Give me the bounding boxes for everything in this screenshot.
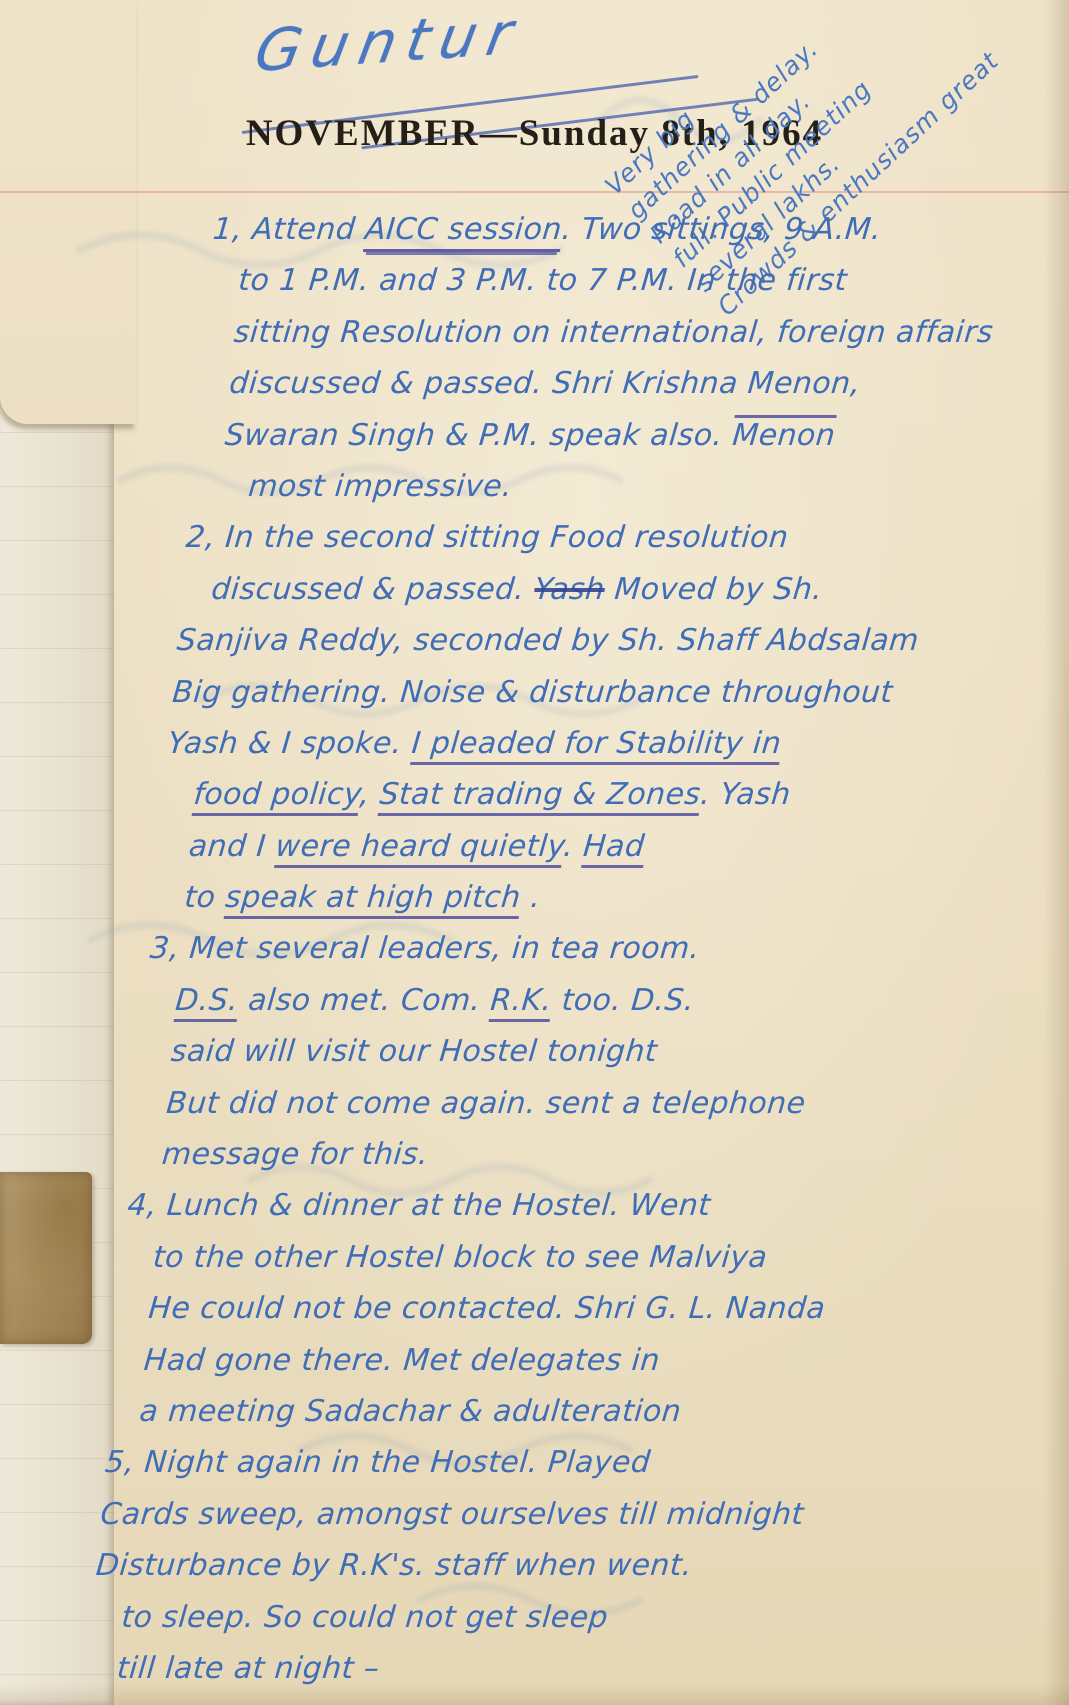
diary-text-u: D.S. bbox=[174, 983, 240, 1022]
diary-line: But did not come again. sent a telephone bbox=[134, 1078, 1038, 1129]
diary-text: Swaran Singh & P.M. speak also. bbox=[223, 418, 734, 453]
diary-text: He could not be contacted. Shri G. L. Na… bbox=[147, 1291, 827, 1326]
diary-text-u: Had bbox=[581, 829, 646, 868]
diary-line: 2, In the second sitting Food resolution bbox=[184, 512, 1069, 563]
diary-line: Big gathering. Noise & disturbance throu… bbox=[170, 667, 1069, 718]
diary-text: Yash & I spoke. bbox=[166, 726, 413, 761]
diary-line: Swaran Singh & P.M. speak also. Menon bbox=[193, 410, 1069, 461]
diary-line: a meeting Sadachar & adulteration bbox=[107, 1386, 1011, 1437]
diary-text-u: food policy bbox=[192, 777, 362, 816]
diary-line: Had gone there. Met delegates in bbox=[112, 1335, 1016, 1386]
diary-text: to 1 P.M. and 3 P.M. to 7 P.M. In the fi… bbox=[237, 263, 849, 298]
diary-text-u: Stat trading & Zones bbox=[378, 777, 702, 816]
diary-line: discussed & passed. Yash Moved by Sh. bbox=[179, 564, 1069, 615]
diary-text: to bbox=[183, 880, 227, 915]
diary-text: sitting Resolution on international, for… bbox=[232, 315, 994, 350]
diary-line: most impressive. bbox=[188, 461, 1069, 512]
diary-line: He could not be contacted. Shri G. L. Na… bbox=[116, 1283, 1020, 1334]
diary-line: till late at night – bbox=[85, 1643, 989, 1694]
diary-text: 1, Attend bbox=[211, 212, 366, 247]
diary-text: . Two sittings, 9 A.M. bbox=[560, 212, 882, 247]
diary-text: said will visit our Hostel tonight bbox=[169, 1034, 658, 1069]
diary-text: . Yash bbox=[699, 777, 792, 812]
diary-text: message for this. bbox=[161, 1137, 430, 1172]
diary-line: to speak at high pitch . bbox=[152, 872, 1056, 923]
diary-text: Had gone there. Met delegates in bbox=[143, 1343, 662, 1378]
diary-line: discussed & passed. Shri Krishna Menon, bbox=[197, 358, 1069, 409]
diary-line: to the other Hostel block to see Malviya bbox=[121, 1232, 1025, 1283]
diary-text-u: I pleaded for Stability in bbox=[410, 726, 783, 765]
diary-text: . bbox=[519, 880, 542, 915]
diary-text-uu: AICC session bbox=[363, 212, 563, 252]
diary-line: message for this. bbox=[130, 1129, 1034, 1180]
diary-line: 3, Met several leaders, in tea room. bbox=[148, 923, 1052, 974]
diary-text: and I bbox=[187, 829, 277, 864]
diary-text-u: R.K. bbox=[489, 983, 554, 1022]
diary-line: to sleep. So could not get sleep bbox=[89, 1592, 993, 1643]
diary-text: discussed & passed. bbox=[210, 572, 536, 607]
diary-text: Moved by Sh. bbox=[603, 572, 824, 607]
diary-text: Disturbance by R.K's. staff when went. bbox=[95, 1548, 694, 1583]
diary-text: a meeting Sadachar & adulteration bbox=[138, 1394, 683, 1429]
diary-text: also met. Com. bbox=[237, 983, 492, 1018]
diary-text: discussed & passed. Shri Krishna Menon, bbox=[228, 366, 862, 401]
diary-text: But did not come again. sent a telephone bbox=[165, 1086, 807, 1121]
diary-text: to the other Hostel block to see Malviya bbox=[152, 1240, 769, 1275]
diary-line: to 1 P.M. and 3 P.M. to 7 P.M. In the fi… bbox=[206, 255, 1069, 306]
diary-text: 4, Lunch & dinner at the Hostel. Went bbox=[126, 1188, 712, 1223]
diary-text: Cards sweep, amongst ourselves till midn… bbox=[99, 1497, 805, 1532]
diary-line: D.S. also met. Com. R.K. too. D.S. bbox=[143, 975, 1047, 1026]
page-top-left-corner bbox=[0, 0, 136, 424]
diary-text: Sanjiva Reddy, seconded by Sh. Shaff Abd… bbox=[175, 623, 920, 658]
diary-text: most impressive. bbox=[247, 469, 514, 504]
diary-text: 5, Night again in the Hostel. Played bbox=[104, 1445, 652, 1480]
diary-entries: 1, Attend AICC session. Two sittings, 9 … bbox=[85, 204, 1069, 1694]
diary-line: 5, Night again in the Hostel. Played bbox=[103, 1437, 1007, 1488]
tape-stain-patch bbox=[0, 1172, 92, 1344]
diary-line: Yash & I spoke. I pleaded for Stability … bbox=[166, 718, 1069, 769]
diary-line: and I were heard quietly. Had bbox=[157, 821, 1061, 872]
diary-page-scan: Guntur NOVEMBER—Sunday 8th, 1964 Very bi… bbox=[0, 0, 1069, 1705]
diary-line: sitting Resolution on international, for… bbox=[202, 307, 1069, 358]
diary-text-ov: Menon bbox=[731, 415, 837, 453]
diary-line: food policy, Stat trading & Zones. Yash bbox=[161, 769, 1065, 820]
diary-text: 2, In the second sitting Food resolution bbox=[184, 520, 789, 555]
diary-line: 1, Attend AICC session. Two sittings, 9 … bbox=[211, 204, 1069, 255]
diary-text-u: speak at high pitch bbox=[223, 880, 522, 919]
diary-text-u: were heard quietly bbox=[274, 829, 565, 868]
diary-line: Cards sweep, amongst ourselves till midn… bbox=[98, 1489, 1002, 1540]
diary-text: too. D.S. bbox=[550, 983, 695, 1018]
diary-text: to sleep. So could not get sleep bbox=[120, 1600, 610, 1635]
diary-line: Disturbance by R.K's. staff when went. bbox=[94, 1540, 998, 1591]
diary-text-strike: Yash bbox=[533, 572, 606, 607]
diary-text: 3, Met several leaders, in tea room. bbox=[148, 931, 701, 966]
diary-line: 4, Lunch & dinner at the Hostel. Went bbox=[125, 1180, 1029, 1231]
diary-text: till late at night – bbox=[116, 1651, 381, 1686]
diary-text: Big gathering. Noise & disturbance throu… bbox=[171, 675, 894, 710]
diary-line: Sanjiva Reddy, seconded by Sh. Shaff Abd… bbox=[175, 615, 1069, 666]
diary-line: said will visit our Hostel tonight bbox=[139, 1026, 1043, 1077]
printed-red-rule bbox=[0, 191, 1069, 193]
